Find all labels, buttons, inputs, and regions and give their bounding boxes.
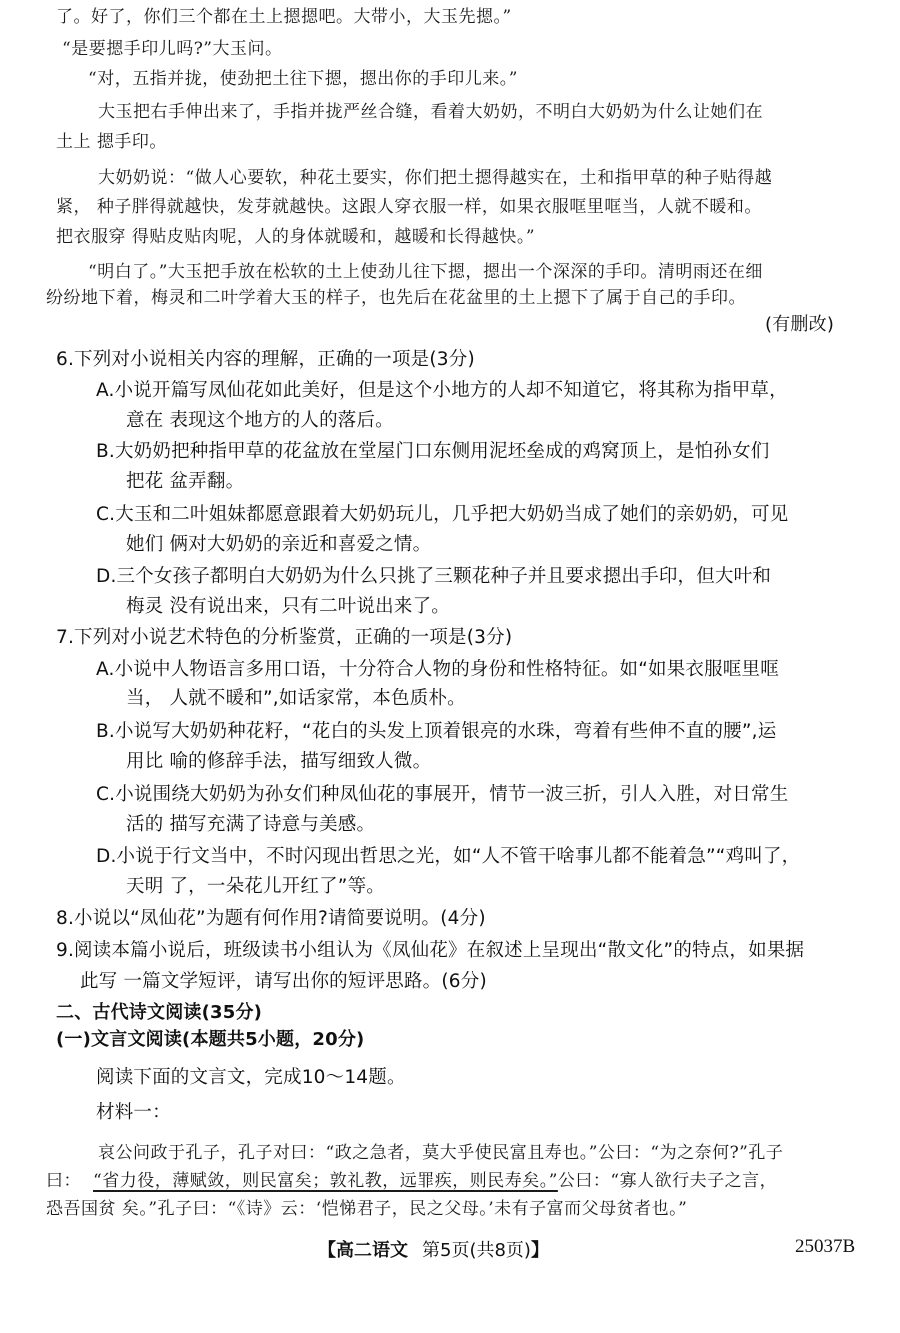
passage-line: 大玉把右手伸出来了，手指并拢严丝合缝，看着大奶奶，不明白大奶奶为什么让她们在: [98, 97, 763, 122]
classical-text-line: 曰：“省力役，薄赋敛，则民富矣；敦礼教，远罪疾，则民寿矣。”公曰：“寡人欲行夫子…: [46, 1166, 777, 1191]
q6-option-c-cont: 她们 俩对大奶奶的亲近和喜爱之情。: [126, 530, 431, 556]
reading-instruction: 阅读下面的文言文，完成10～14题。: [96, 1063, 406, 1089]
q6-option-a: A.小说开篇写凤仙花如此美好，但是这个小地方的人却不知道它，将其称为指甲草，: [96, 376, 788, 402]
passage-line: 把衣服穿 得贴皮贴肉呢，人的身体就暖和，越暖和长得越快。”: [56, 222, 535, 247]
question-9: 9.阅读本篇小说后，班级读书小组认为《凤仙花》在叙述上呈现出“散文化”的特点，如…: [56, 936, 804, 962]
q7-option-c: C.小说围绕大奶奶为孙女们种凤仙花的事展开，情节一波三折，引人入胜，对日常生: [96, 780, 788, 806]
source-note: (有删改): [765, 310, 834, 336]
section-heading: 二、古代诗文阅读(35分): [56, 998, 262, 1024]
passage-line: 了。好了，你们三个都在土上摁摁吧。大带小，大玉先摁。”: [56, 2, 512, 27]
exam-code: 25037B: [795, 1236, 855, 1258]
footer-bracket-close: 】: [531, 1240, 549, 1261]
passage-line: 纷纷地下着，梅灵和二叶学着大玉的样子，也先后在花盆里的土上摁下了属于自己的手印。: [46, 283, 746, 308]
q7-option-a: A.小说中人物语言多用口语，十分符合人物的身份和性格特征。如“如果衣服哐里哐: [96, 655, 779, 681]
classical-text-prefix: 曰：: [46, 1171, 81, 1191]
footer-page-info: 第5页(共8页): [422, 1240, 531, 1261]
page-footer: 【高二语文第5页(共8页)】: [318, 1236, 549, 1262]
passage-line: “明白了。”大玉把手放在松软的土上使劲儿往下摁，摁出一个深深的手印。清明雨还在细: [88, 257, 763, 282]
question-6-stem: 6.下列对小说相关内容的理解，正确的一项是(3分): [56, 345, 475, 371]
footer-subject: 高二语文: [336, 1240, 408, 1261]
q6-option-c: C.大玉和二叶姐妹都愿意跟着大奶奶玩儿，几乎把大奶奶当成了她们的亲奶奶，可见: [96, 500, 788, 526]
exam-page: 了。好了，你们三个都在土上摁摁吧。大带小，大玉先摁。” “是要摁手印儿吗?”大玉…: [0, 0, 900, 1333]
q6-option-a-cont: 意在 表现这个地方的人的落后。: [126, 406, 394, 432]
classical-text-suffix: 公曰：“寡人欲行夫子之言，: [558, 1171, 777, 1191]
q7-option-d: D.小说于行文当中，不时闪现出哲思之光，如“人不管干啥事儿都不能着急”“鸡叫了，: [96, 842, 800, 868]
passage-line: 大奶奶说：“做人心要软，种花土要实，你们把土摁得越实在，土和指甲草的种子贴得越: [98, 163, 772, 188]
classical-text-line: 恐吾国贫 矣。”孔子曰：“《诗》云：‘恺悌君子，民之父母。’未有子富而父母贫者也…: [46, 1194, 687, 1219]
passage-line: 土上 摁手印。: [56, 127, 167, 152]
passage-line: “对，五指并拢，使劲把土往下摁，摁出你的手印儿来。”: [88, 64, 518, 89]
q7-option-b-cont: 用比 喻的修辞手法，描写细致人微。: [126, 747, 431, 773]
q7-option-b: B.小说写大奶奶种花籽，“花白的头发上顶着银亮的水珠，弯着有些伸不直的腰”,运: [96, 717, 776, 743]
question-7-stem: 7.下列对小说艺术特色的分析鉴赏，正确的一项是(3分): [56, 623, 512, 649]
passage-line: 紧， 种子胖得就越快，发芽就越快。这跟人穿衣服一样，如果衣服哐里哐当，人就不暖和…: [56, 192, 762, 217]
footer-bracket-open: 【: [318, 1240, 336, 1261]
q6-option-b: B.大奶奶把种指甲草的花盆放在堂屋门口东侧用泥坯垒成的鸡窝顶上，是怕孙女们: [96, 437, 769, 463]
classical-text-line: 哀公问政于孔子，孔子对曰：“政之急者，莫大乎使民富且寿也。”公曰：“为之奈何?”…: [98, 1138, 783, 1163]
q6-option-d: D.三个女孩子都明白大奶奶为什么只挑了三颗花种子并且要求摁出手印，但大叶和: [96, 562, 771, 588]
passage-line: “是要摁手印儿吗?”大玉问。: [62, 34, 283, 59]
underlined-sentence: “省力役，薄赋敛，则民富矣；敦礼教，远罪疾，则民寿矣。”: [93, 1171, 558, 1191]
material-label: 材料一：: [96, 1098, 171, 1124]
question-8: 8.小说以“凤仙花”为题有何作用?请简要说明。(4分): [56, 904, 486, 930]
q7-option-c-cont: 活的 描写充满了诗意与美感。: [126, 810, 375, 836]
q6-option-d-cont: 梅灵 没有说出来，只有二叶说出来了。: [126, 592, 450, 618]
q6-option-b-cont: 把花 盆弄翻。: [126, 467, 244, 493]
question-9-cont: 此写 一篇文学短评，请写出你的短评思路。(6分): [80, 967, 487, 993]
q7-option-d-cont: 天明 了，一朵花儿开红了”等。: [126, 872, 385, 898]
section-subheading: (一)文言文阅读(本题共5小题，20分): [56, 1025, 364, 1051]
q7-option-a-cont: 当， 人就不暖和”,如话家常，本色质朴。: [126, 684, 466, 710]
